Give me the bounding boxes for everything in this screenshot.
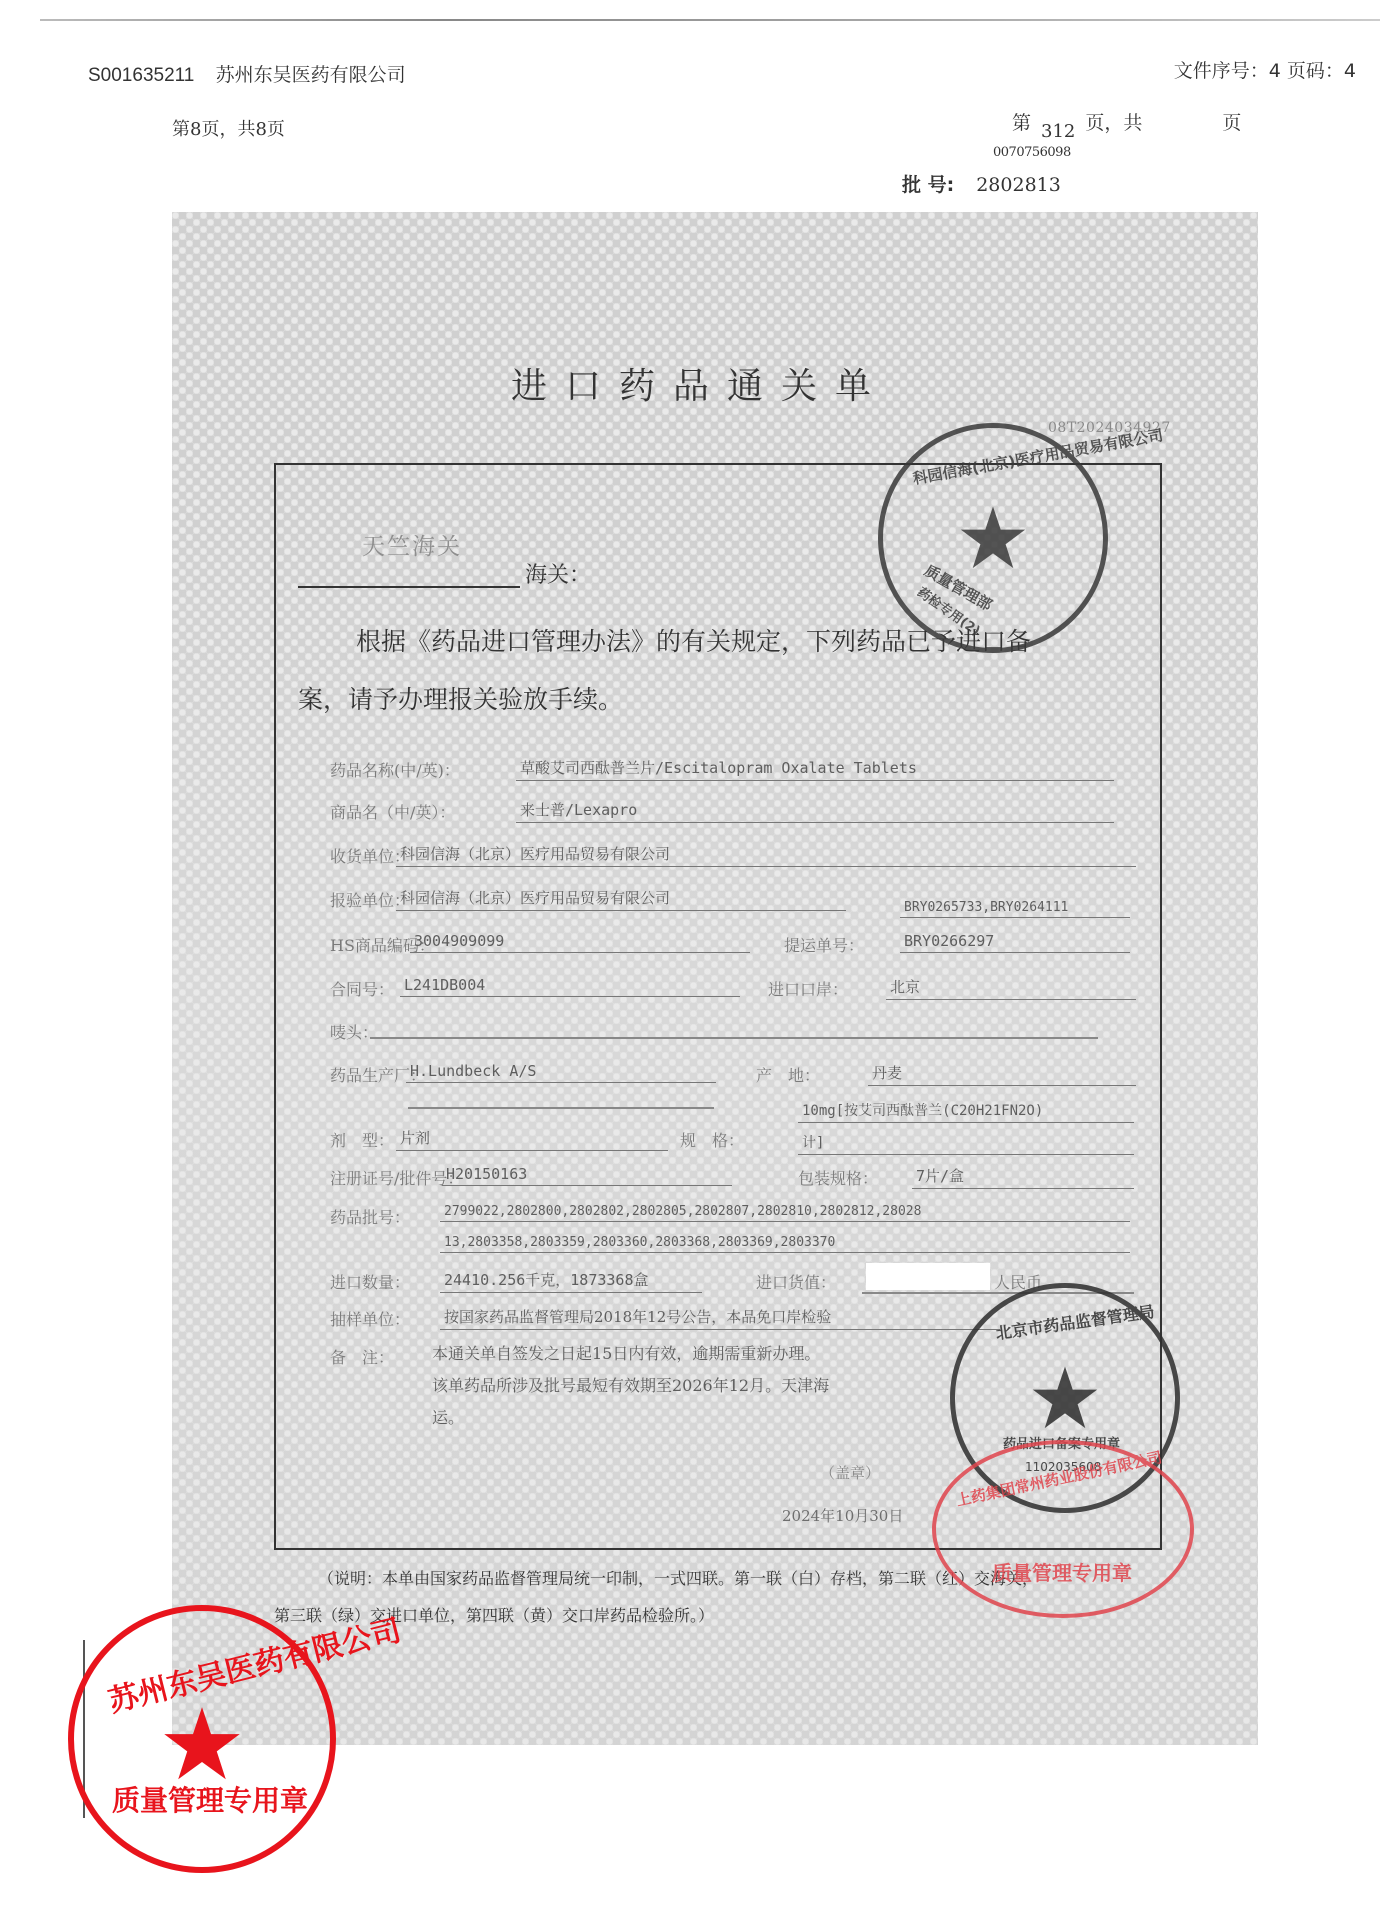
star-icon [958, 503, 1028, 573]
stamped-page-number: 第312页，共页 [1012, 108, 1241, 135]
spec-value-line2: 计] [798, 1132, 1134, 1155]
batch-number: 批 号:2802813 [902, 170, 1061, 197]
trade-name-value: 来士普/Lexapro [516, 799, 1114, 823]
spec-value-line1: 10mg[按艾司西酞普兰(C20H21FN2O) [798, 1100, 1134, 1123]
distributor-stamp: 苏州东吴医药有限公司 质量管理专用章 [68, 1605, 336, 1873]
customs-office-handwritten: 天竺海关 [362, 528, 462, 561]
port-value: 北京 [886, 976, 1136, 1000]
customs-label: 海关： [525, 558, 591, 589]
page-indicator: 第8页，共8页 [172, 115, 285, 141]
consignee-value: 科园信海（北京）医疗用品贸易有限公司 [396, 843, 1136, 867]
batch-label: 批 号: [902, 174, 954, 196]
reference-code: 0070756098 [993, 145, 1071, 160]
marks-underline [370, 1037, 1098, 1039]
quantity-value: 24410.256千克，1873368盒 [440, 1269, 702, 1293]
file-sequence: 文件序号：4 页码：4 [1174, 56, 1356, 83]
dosage-form-value: 片剂 [396, 1127, 668, 1151]
manufacturer-underline2 [408, 1107, 714, 1109]
importer-stamp: 科园信海(北京)医疗用品贸易有限公司 质量管理部 药检专用(2) [878, 423, 1108, 653]
footnote-line1: （说明：本单由国家药品监督管理局统一印制，一式四联。第一联（白）存档，第二联（红… [318, 1566, 1038, 1589]
company-name: 苏州东吴医药有限公司 [216, 65, 406, 86]
sampling-value: 按国家药品监督管理局2018年12号公告，本品免口岸检验 [440, 1306, 1000, 1330]
intro-text-line2: 案，请予办理报关验放手续。 [298, 680, 623, 716]
page-number: 312 [1041, 121, 1075, 142]
waybill-value: BRY0266297 [900, 932, 1130, 953]
redacted-value [866, 1263, 990, 1290]
star-icon [161, 1703, 243, 1785]
hs-code-value: 3004909099 [410, 932, 750, 953]
declarant-value: 科园信海（北京）医疗用品贸易有限公司 [396, 887, 846, 911]
supplier-stamp: 上药集团常州药业股份有限公司 质量管理专用章 [932, 1440, 1194, 1618]
seal-label: （盖章） [820, 1462, 880, 1483]
batch-nos-line1: 2799022,2802800,2802802,2802805,2802807,… [440, 1204, 1130, 1222]
drug-name-value: 草酸艾司西酞普兰片/Escitalopram Oxalate Tablets [516, 757, 1114, 781]
batch-nos-line2: 13,2803358,2803359,2803360,2803368,28033… [440, 1235, 1130, 1253]
document-header-left: S001635211 苏州东吴医药有限公司 [88, 60, 406, 87]
waybill-extra-value: BRY0265733,BRY0264111 [900, 900, 1130, 918]
packing-value: 7片/盒 [912, 1165, 1134, 1189]
document-code: S001635211 [88, 65, 194, 86]
scan-top-edge-line [40, 19, 1380, 21]
contract-no-value: L241DB004 [400, 976, 740, 997]
reg-no-value: H20150163 [442, 1165, 732, 1186]
customs-underline [298, 586, 520, 588]
issue-date: 2024年10月30日 [782, 1505, 903, 1526]
star-icon [1030, 1363, 1100, 1433]
batch-value: 2802813 [976, 174, 1061, 196]
remarks-text: 本通关单自签发之日起15日内有效，逾期需重新办理。 该单药品所涉及批号最短有效期… [432, 1338, 829, 1434]
form-title: 进口药品通关单 [420, 358, 980, 409]
manufacturer-value: H.Lundbeck A/S [406, 1062, 716, 1083]
origin-value: 丹麦 [868, 1062, 1136, 1086]
